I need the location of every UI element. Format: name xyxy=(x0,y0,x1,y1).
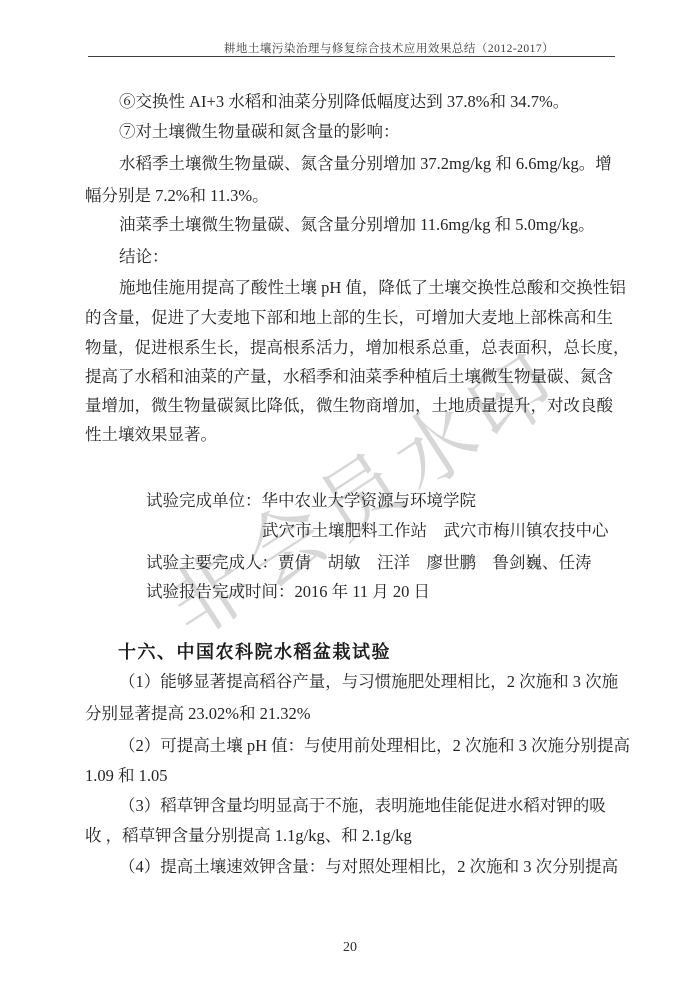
body-line: 性土壤效果显著。 xyxy=(85,424,217,446)
document-page: 非会员水印 耕地土壤污染治理与修复综合技术应用效果总结（2012-2017） ⑥… xyxy=(0,0,700,990)
section-line: 收 ，稻草钾含量分别提高 1.1g/kg、和 2.1g/kg xyxy=(85,825,412,847)
section-line: 1.09 和 1.05 xyxy=(85,765,168,787)
body-line: 油菜季土壤微生物量碳、氮含量分别增加 11.6mg/kg 和 5.0mg/kg。 xyxy=(85,214,595,236)
completion-unit-line: 试验完成单位：华中农业大学资源与环境学院 xyxy=(146,490,476,512)
body-line: ⑥交换性 AI+3 水稻和油菜分别降低幅度达到 37.8%和 34.7%。 xyxy=(85,91,569,113)
completion-people-line: 试验主要完成人：贾倩 胡敏 汪洋 廖世鹏 鲁剑巍、任涛 xyxy=(146,552,592,574)
section-line: （2）可提高土壤 pH 值：与使用前处理相比，2 次施和 3 次施分别提高 xyxy=(85,735,630,757)
completion-date-line: 试验报告完成时间：2016 年 11 月 20 日 xyxy=(146,581,430,603)
header-rule xyxy=(88,56,615,57)
body-line: ⑦对土壤微生物量碳和氮含量的影响： xyxy=(85,121,400,143)
section-line: （1）能够显著提高稻谷产量，与习惯施肥处理相比，2 次施和 3 次施 xyxy=(85,671,618,693)
body-line: 水稻季土壤微生物量碳、氮含量分别增加 37.2mg/kg 和 6.6mg/kg。… xyxy=(85,153,612,175)
page-number: 20 xyxy=(0,940,700,956)
section-line: （3）稻草钾含量均明显高于不施，表明施地佳能促进水稻对钾的吸 xyxy=(85,795,606,817)
header-title: 耕地土壤污染治理与修复综合技术应用效果总结（2012-2017） xyxy=(0,40,700,56)
body-line: 结论： xyxy=(85,246,169,268)
body-line: 幅分别是 7.2%和 11.3%。 xyxy=(85,185,269,207)
body-line: 施地佳施用提高了酸性土壤 pH 值，降低了土壤交换性总酸和交换性铝 xyxy=(85,277,626,299)
section-heading: 十六、中国农科院水稻盆栽试验 xyxy=(118,641,391,664)
body-line: 的含量，促进了大麦地下部和地上部的生长，可增加大麦地上部株高和生 xyxy=(85,307,613,329)
body-line: 量增加，微生物量碳氮比降低，微生物商增加，土地质量提升，对改良酸 xyxy=(85,395,613,417)
section-line: （4）提高土壤速效钾含量：与对照处理相比，2 次施和 3 次分别提高 xyxy=(85,856,618,878)
body-line: 物量，促进根系生长，提高根系活力，增加根系总重，总表面积，总长度， xyxy=(85,337,630,359)
completion-unit-line: 武穴市土壤肥料工作站 武穴市梅川镇农技中心 xyxy=(262,520,609,542)
body-line: 提高了水稻和油菜的产量，水稻季和油菜季种植后土壤微生物量碳、氮含 xyxy=(85,366,613,388)
section-line: 分别显著提高 23.02%和 21.32% xyxy=(85,703,311,725)
